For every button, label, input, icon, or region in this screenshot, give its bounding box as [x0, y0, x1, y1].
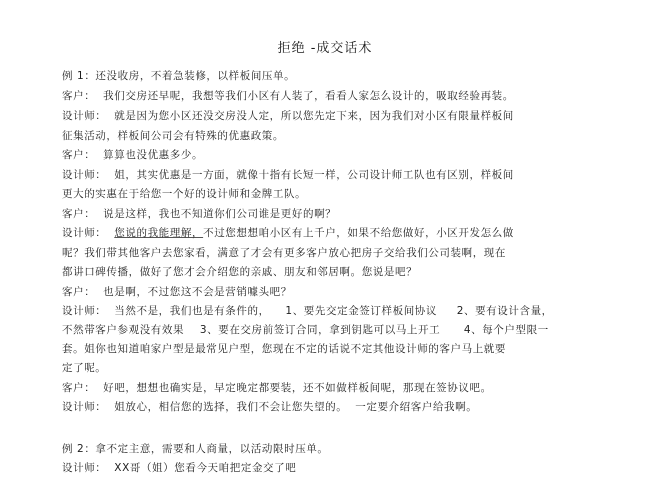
text-span: 更大的实惠在于给您一个好的设计师和金牌工队。	[62, 188, 306, 200]
text-span: 呢？我们带其他客户去您家看，满意了才会有更多客户放心把房子交给我们公司装啊，现在	[62, 247, 506, 259]
text-span: 设计师： XX哥（姐）您看今天咱把定金交了吧	[62, 462, 296, 474]
text-span: 设计师： 姐放心，相信您的选择，我们不会让您失望的。 一定要介绍客户给我啊。	[62, 401, 477, 413]
underlined-text: 您说的我能理解，	[114, 227, 203, 239]
text-span: 定了呢。	[62, 362, 106, 374]
text-span: 客户： 算算也没优惠多少。	[62, 149, 203, 161]
text-line: 设计师： 您说的我能理解，不过您想想咱小区有上千户，如果不给您做好，小区开发怎么…	[62, 226, 514, 240]
text-span: 不然带客户参观没有效果 3、要在交房前签订合同，拿到钥匙可以马上开工 4、每个户…	[62, 324, 549, 336]
text-line: 设计师： 就是因为您小区还没交房没人定，所以您先定下来，因为我们对小区有限量样板…	[62, 109, 514, 123]
text-line: 征集活动，样板间公司会有特殊的优惠政策。	[62, 129, 284, 143]
document-title: 拒绝 -成交话术	[0, 37, 650, 56]
text-span: 都讲口碑传播，做好了您才会介绍您的亲戚、朋友和邻居啊。您说是吧？	[62, 266, 417, 278]
text-line: 客户： 算算也没优惠多少。	[62, 148, 203, 162]
text-line: 例 1：还没收房，不着急装修，以样板间压单。	[62, 69, 295, 83]
text-span: 例 1：还没收房，不着急装修，以样板间压单。	[62, 70, 295, 82]
text-span: 设计师： 姐，其实优惠是一方面，就像十指有长短一样，公司设计师工队也有区别，样板…	[62, 169, 514, 181]
text-line: 客户： 我们交房还早呢，我想等我们小区有人装了，看看人家怎么设计的，吸取经验再装…	[62, 89, 514, 103]
text-span: 设计师： 当然不是，我们也是有条件的， 1、要先交定金签订样板间协议 2、要有设…	[62, 305, 553, 317]
text-span: 客户： 也是啊，不过您这不会是营销噱头吧？	[62, 286, 292, 298]
text-line: 都讲口碑传播，做好了您才会介绍您的亲戚、朋友和邻居啊。您说是吧？	[62, 265, 417, 279]
text-line: 更大的实惠在于给您一个好的设计师和金牌工队。	[62, 187, 306, 201]
text-span: 客户： 好吧，想想也确实是，早定晚定都要装，还不如做样板间呢，那现在签协议吧。	[62, 382, 492, 394]
text-span: 征集活动，样板间公司会有特殊的优惠政策。	[62, 130, 284, 142]
text-span: 设计师： 就是因为您小区还没交房没人定，所以您先定下来，因为我们对小区有限量样板…	[62, 110, 514, 122]
text-span: 例 2：拿不定主意，需要和人商量，以活动限时压单。	[62, 443, 329, 455]
text-line: 设计师： 姐，其实优惠是一方面，就像十指有长短一样，公司设计师工队也有区别，样板…	[62, 168, 514, 182]
document-page: 拒绝 -成交话术 例 1：还没收房，不着急装修，以样板间压单。客户： 我们交房还…	[0, 0, 650, 500]
text-line: 例 2：拿不定主意，需要和人商量，以活动限时压单。	[62, 442, 329, 456]
text-span: 套。姐你也知道咱家户型是最常见户型，您现在不定的话说不定其他设计师的客户马上就要	[62, 343, 506, 355]
text-line: 设计师： XX哥（姐）您看今天咱把定金交了吧	[62, 461, 296, 475]
text-span: 不过您想想咱小区有上千户，如果不给您做好，小区开发怎么做	[203, 227, 514, 239]
text-span: 客户： 说是这样，我也不知道你们公司谁是更好的啊？	[62, 208, 336, 220]
text-line: 客户： 说是这样，我也不知道你们公司谁是更好的啊？	[62, 207, 336, 221]
text-span: 设计师：	[62, 227, 114, 239]
text-line: 客户： 也是啊，不过您这不会是营销噱头吧？	[62, 285, 292, 299]
text-span: 客户： 我们交房还早呢，我想等我们小区有人装了，看看人家怎么设计的，吸取经验再装…	[62, 90, 514, 102]
text-line: 定了呢。	[62, 361, 106, 375]
text-line: 客户： 好吧，想想也确实是，早定晚定都要装，还不如做样板间呢，那现在签协议吧。	[62, 381, 492, 395]
text-line: 设计师： 姐放心，相信您的选择，我们不会让您失望的。 一定要介绍客户给我啊。	[62, 400, 477, 414]
text-line: 不然带客户参观没有效果 3、要在交房前签订合同，拿到钥匙可以马上开工 4、每个户…	[62, 323, 549, 337]
text-line: 设计师： 当然不是，我们也是有条件的， 1、要先交定金签订样板间协议 2、要有设…	[62, 304, 553, 318]
text-line: 套。姐你也知道咱家户型是最常见户型，您现在不定的话说不定其他设计师的客户马上就要	[62, 342, 506, 356]
text-line: 呢？我们带其他客户去您家看，满意了才会有更多客户放心把房子交给我们公司装啊，现在	[62, 246, 506, 260]
